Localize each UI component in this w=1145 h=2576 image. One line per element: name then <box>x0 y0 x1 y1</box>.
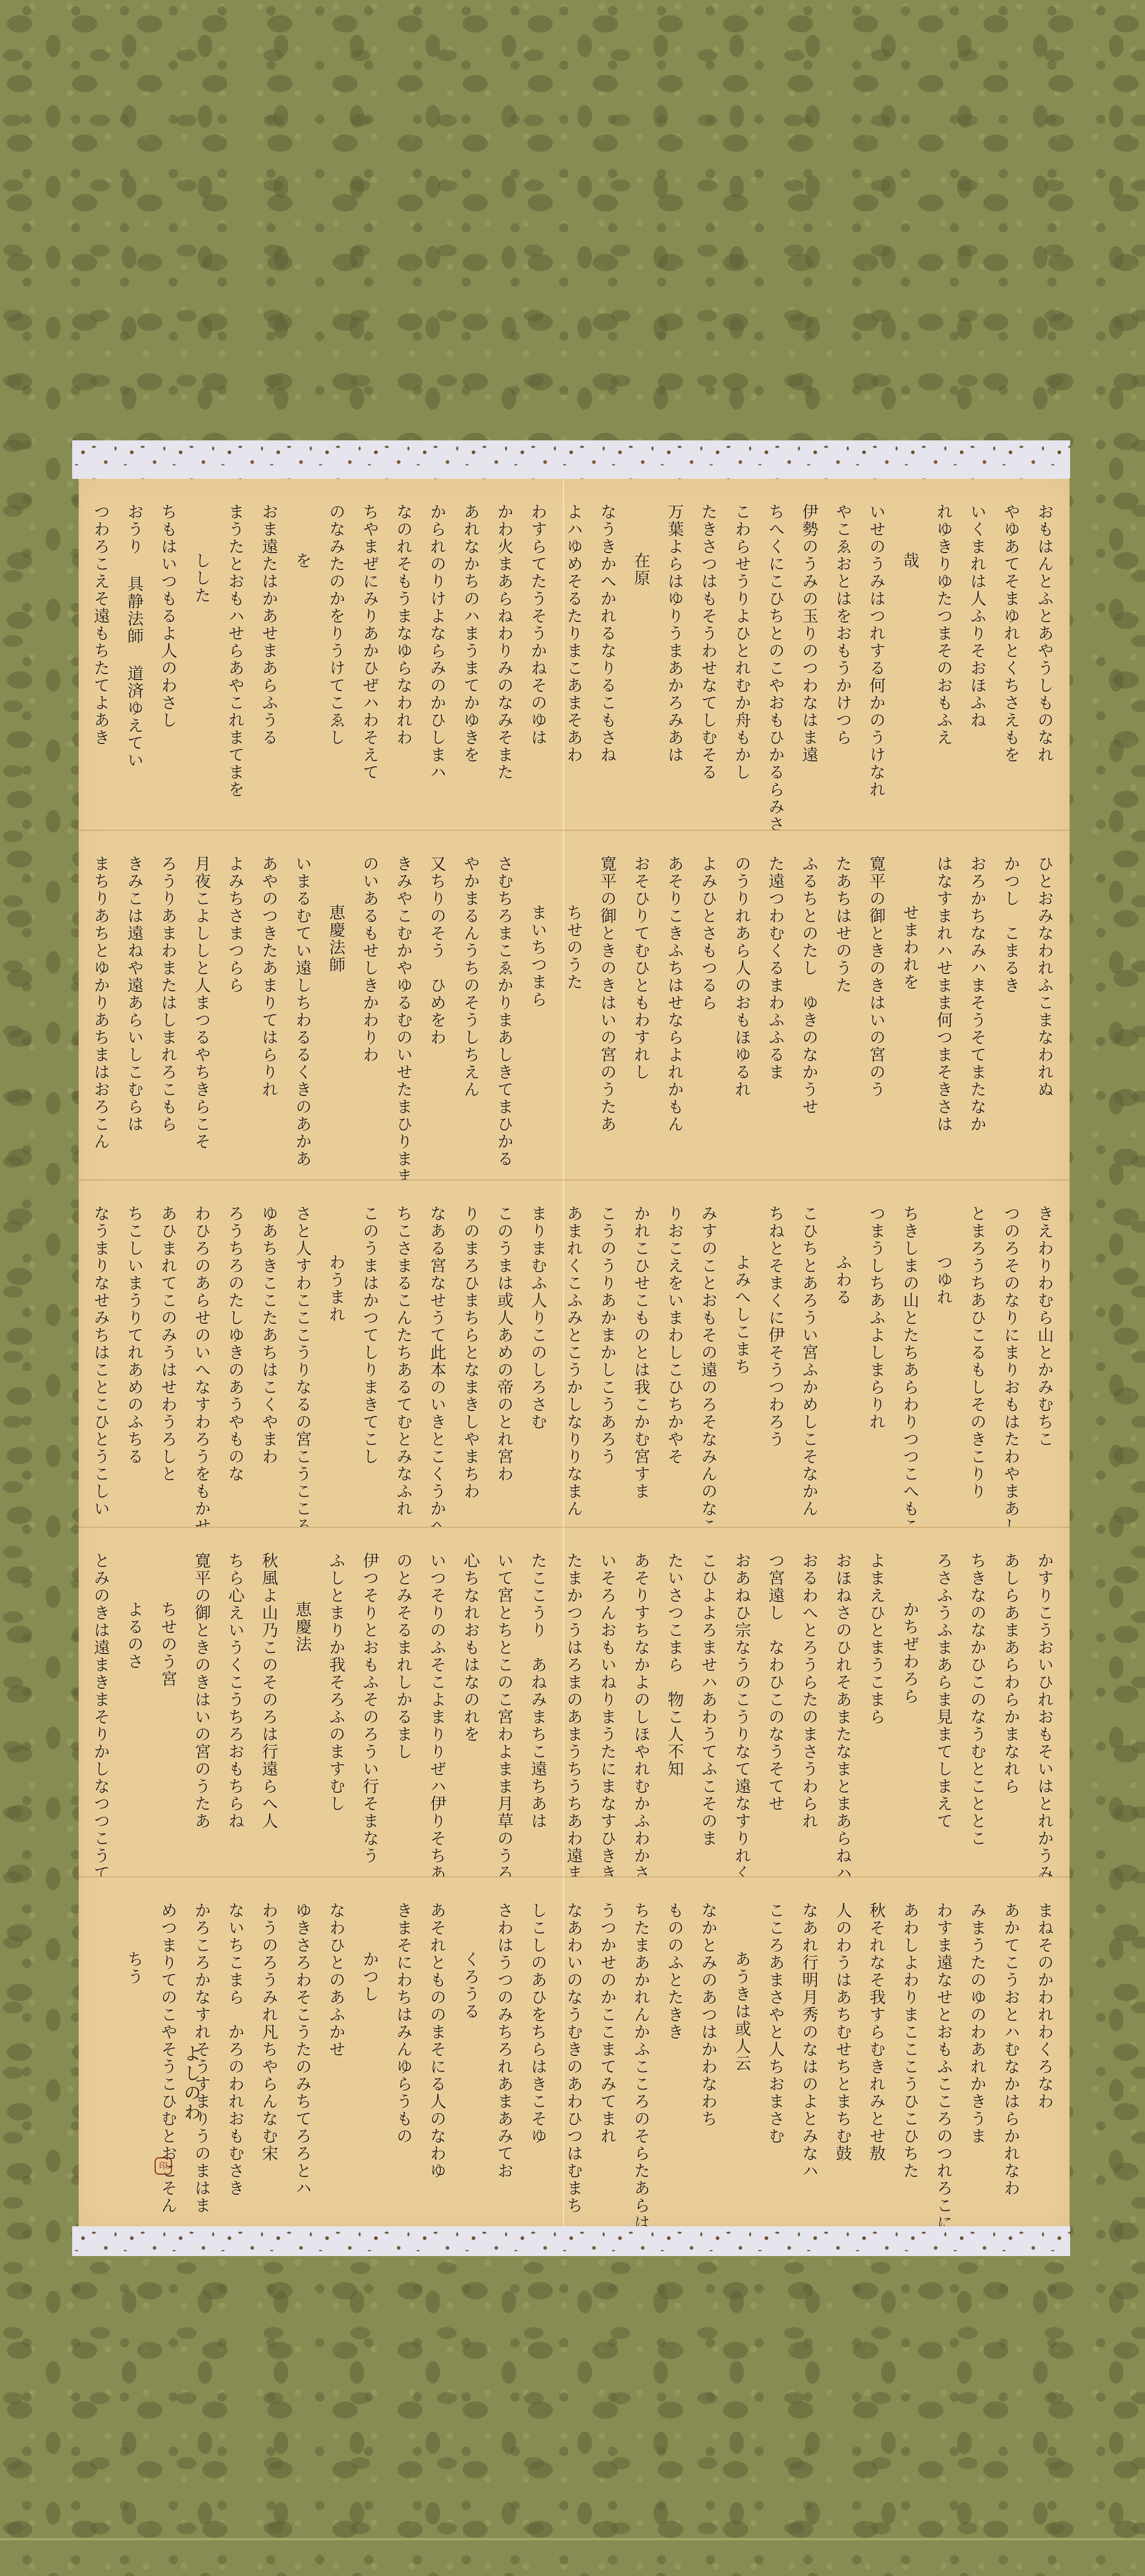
calligraphy-column: 寛平の御ときのきはいの宮のう <box>861 855 890 1098</box>
calligraphy-column: ふるちとのたし ゆきのなかうせ <box>794 855 822 1116</box>
calligraphy-column: ちたまあかれんかふこころのそらたあらは <box>626 1902 654 2226</box>
calligraphy-column: あわしよわりまこここうひこひちた <box>895 1902 923 2180</box>
calligraphy-column: ろはれや人のなすせとおもあせまて <box>79 1552 80 1830</box>
calligraphy-column: あうきは或人云 <box>727 1902 755 2072</box>
calligraphy-column: たここうり あねみまちこ遠ちあは <box>523 1552 551 1830</box>
panel-row4-left: たここうり あねみまちこ遠ちあはいて宮とちとこのこ宮わよまま月草のうろし心ちなれ… <box>79 1527 564 1876</box>
calligraphy-column: こひちとあろうい宮ふかめしこそなかん <box>794 1205 822 1517</box>
calligraphy-column: ちねとそまくに伊そうつわろう <box>760 1205 789 1448</box>
bottom-brocade-band <box>72 2226 1070 2256</box>
calligraphy-column: なのれそもうまなゆらなわれわ <box>388 503 417 746</box>
calligraphy-column: くろうる <box>456 1902 484 2020</box>
calligraphy-paper: おもはんとふとあやうしものなれやゆあてそまゆれとくちさえもをいくまれは人ふりそお… <box>79 479 1070 2226</box>
calligraphy-column: た遠つわむくるまわふふるま <box>760 855 789 1081</box>
calligraphy-column: きみやこむかやゆるむのいせたまひりまま <box>388 855 417 1180</box>
calligraphy-column: さと人すわこここうりなるの宮こうこころこんかれ <box>287 1205 316 1527</box>
calligraphy-column: おほねさのひれそあまたなまとまあらねハ <box>828 1552 856 1876</box>
calligraphy-column: かつし <box>355 1902 383 2003</box>
calligraphy-column: あれなかちのハまうまてかゆきを <box>456 503 484 764</box>
calligraphy-column: ふわる <box>828 1205 856 1306</box>
calligraphy-column: おま遠たはかあせまあらふうる <box>254 503 282 746</box>
calligraphy-column: つゆれ <box>929 1205 957 1306</box>
calligraphy-column: まりまむふ人りこのしろさむ <box>523 1205 551 1431</box>
calligraphy-column: のとみそるまれしかるまし <box>388 1552 417 1760</box>
calligraphy-column: りおこえをいまわしこひちかやそ <box>660 1205 688 1465</box>
calligraphy-column: おるわへとろうらたのまさうわられ <box>794 1552 822 1830</box>
calligraphy-column: やこゑおとはをおもうかけつら <box>828 503 856 746</box>
calligraphy-column: あそれともののまそにる人のなわゆ <box>422 1902 450 2180</box>
panel-row3-left: まりまむふ人りこのしろさむこのうまは或人あめの帝のとれ宮わりのまろひまちらとなま… <box>79 1180 564 1527</box>
calligraphy-column: 秋それなそ我すらむきれみとせ敖 <box>861 1902 890 2162</box>
calligraphy-column: あそりこきふちはせならよれかもん <box>660 855 688 1133</box>
calligraphy-column: まねそのかわれわくろなわ <box>1029 1902 1058 2110</box>
calligraphy-column: おうり 具静法師 道済ゆえてい <box>119 503 148 769</box>
calligraphy-column: ふしとまりか我そろふのますむし <box>321 1552 349 1812</box>
calligraphy-column: わうまれ <box>321 1205 349 1323</box>
calligraphy-column: まうたとおもハせらあやこれまてまを <box>220 503 248 798</box>
calligraphy-column: ちら心えいうくこうちろおもちらね <box>220 1552 248 1830</box>
calligraphy-column: とみのきは遠まきまそりかしなつつこうても <box>86 1552 114 1876</box>
calligraphy-column: こわらせうりよひとれむか舟もかし <box>727 503 755 781</box>
calligraphy-column: ろさふうふまあらま見まてしまえて <box>929 1552 957 1830</box>
calligraphy-column: いそろんおもいねりまうたにまなすひききそれわ <box>592 1552 621 1876</box>
red-seal-stamp: 印 <box>155 2157 172 2175</box>
calligraphy-column: わすま遠なせとおもふこころのつれろこに <box>929 1902 957 2226</box>
calligraphy-column: かちぜわろら <box>895 1552 923 1705</box>
calligraphy-column: のうりれあら人のおもほゆるれ <box>727 855 755 1098</box>
calligraphy-column: 秋風よ山乃このそのろは行遠らへ人 <box>254 1552 282 1830</box>
calligraphy-column: つわろうなきこてのとんなまるは <box>79 1205 80 1465</box>
panel-row5-right: まねそのかわれわくろなわあかてこうおとハむなかはらかれなわみまうたのゆのわあれか… <box>564 1876 1070 2226</box>
calligraphy-column: みまうたのゆのわあれかきうま <box>962 1902 990 2145</box>
calligraphy-column: つわろこえそ遠もちたてよあき <box>86 503 114 746</box>
calligraphy-column: かすりこうおいひれおもそいはとれかうみて <box>1029 1552 1058 1876</box>
calligraphy-column: あやのつきたあまりてはらりれ <box>254 855 282 1098</box>
calligraphy-column: なかとみのあつはかわなわち <box>693 1902 721 2128</box>
calligraphy-column: おあねひ宗なうのこうりなて遠なすりれくし <box>727 1552 755 1876</box>
calligraphy-column: ちう <box>119 1902 148 1985</box>
artist-signature: よしのわ <box>179 2045 204 2123</box>
calligraphy-column: 又ちりのそう ひめをわ <box>422 855 450 1046</box>
calligraphy-column: いて宮とちとこのこ宮わよまま月草のうろし <box>489 1552 517 1876</box>
calligraphy-column: 哉 <box>895 503 923 569</box>
calligraphy-column: やゆあてそまゆれとくちさえもを <box>996 503 1024 764</box>
calligraphy-column: わうのろうみれ凡ちやらんなむ宋 <box>254 1902 282 2162</box>
panel-row1-right: おもはんとふとあやうしものなれやゆあてそまゆれとくちさえもをいくまれは人ふりそお… <box>564 479 1070 830</box>
calligraphy-column: ちせのうた <box>564 855 587 991</box>
calligraphy-column: かれこひせこものとは我こかむ宮すま <box>626 1205 654 1500</box>
calligraphy-column: あかてこうおとハむなかはらかれなわ <box>996 1902 1024 2197</box>
calligraphy-column: ろうちろのたしゆきのあうやものな <box>220 1205 248 1483</box>
calligraphy-column: よみへしこまち <box>727 1205 755 1375</box>
calligraphy-column: なある宮なせうて此本のいきとこくうかへ <box>422 1205 450 1527</box>
calligraphy-column: ないちこまら かろのわれおもむさき <box>220 1902 248 2197</box>
panel-row5-left: しこしのあひをちらはきこそゆさわはうつのみちろれあまあみておくろうるあそれともの… <box>79 1876 564 2226</box>
calligraphy-column: 伊つそりとおもふそのろうい行そまなう <box>355 1552 383 1864</box>
calligraphy-column: いつそりのふそこよまりりぜハ伊りそちあへ <box>422 1552 450 1876</box>
calligraphy-column: なあわいのなうむきのあわひつはむまち <box>564 1902 587 2214</box>
calligraphy-column: みすのことおもその遠のろそなみんのなこ <box>693 1205 721 1527</box>
calligraphy-column: ちもはいつもるよ人のわさし <box>153 503 181 729</box>
calligraphy-column: を <box>287 503 316 569</box>
calligraphy-column: みやきのこそとあのこそまつゆきおも <box>79 855 80 1150</box>
calligraphy-column: やかまるんうちのそうしちえん <box>456 855 484 1098</box>
calligraphy-column: 恵慶法師 <box>321 855 349 973</box>
panel-row3-right: きえわりわむら山とかみむちこつのろそのなりにまりおもはたわやまあしろれとまろうち… <box>564 1180 1070 1527</box>
calligraphy-column: いくまれは人ふりそおほふね <box>962 503 990 729</box>
calligraphy-column: つのろそのなりにまりおもはたわやまあしろれ <box>996 1205 1024 1527</box>
calligraphy-column: ひとおみなわれふこまなわれぬ <box>1029 855 1058 1098</box>
calligraphy-column: 在原 <box>626 503 654 587</box>
calligraphy-column: かつし こまるき <box>996 855 1024 994</box>
calligraphy-column: ちこしいまうりてれあめのふちる <box>119 1205 148 1465</box>
panel-row4-right: かすりこうおいひれおもそいはとれかうみてあしらあまあらわらかまなれらちきなのなか… <box>564 1527 1070 1876</box>
calligraphy-column: さわはうつのみちろれあまあみてお <box>489 1902 517 2180</box>
calligraphy-column: きまそにわちはみんゆらうもの <box>388 1902 417 2145</box>
calligraphy-column: とまろうちあひこるもしそのきこりり <box>962 1205 990 1500</box>
calligraphy-column: たきさつはもそうわせなてしむそる <box>693 503 721 781</box>
calligraphy-column: 万葉よらはゆりうまあかろみあは <box>660 503 688 764</box>
calligraphy-column: ちこさまるこんたちあるてむとみなふれ <box>388 1205 417 1517</box>
calligraphy-column: かられのりけよならみのかひしまハ <box>422 503 450 781</box>
calligraphy-column: 人のわうはあちむせちとまちむ鼓 <box>828 1902 856 2162</box>
calligraphy-column: うつかせのかここまてみてまれ <box>592 1902 621 2145</box>
calligraphy-column: りのまろひまちらとなまきしやまちわ <box>456 1205 484 1500</box>
calligraphy-column: ゆきさろわそこうたのみちてろろとハ <box>287 1902 316 2197</box>
calligraphy-column: ゆあちきここたあちはこくやまわ <box>254 1205 282 1465</box>
calligraphy-column: よみちさまつらら <box>220 855 248 994</box>
calligraphy-column: よみひとさもつるら <box>693 855 721 1011</box>
calligraphy-column: よるのさ <box>119 1552 148 1670</box>
calligraphy-column: 恵慶法 <box>287 1552 316 1653</box>
calligraphy-column: たいさつこまら 物こ人不知 <box>660 1552 688 1778</box>
calligraphy-column: 伊勢のうみの玉りのつわなはま遠 <box>794 503 822 764</box>
calligraphy-column: く小野小町かもとへはつろしける <box>79 503 80 764</box>
calligraphy-column: あまれくこふみとこうかしなりりなまん <box>564 1205 587 1517</box>
calligraphy-column: ちきなのなかひこのなうむとこととこ <box>962 1552 990 1847</box>
calligraphy-column: なわひとのあふかせ <box>321 1902 349 2058</box>
calligraphy-column: つまうしちあふよしまらりれ <box>861 1205 890 1431</box>
calligraphy-column: よまえひとまうこまら <box>861 1552 890 1726</box>
calligraphy-column: あしらあまあらわらかまなれら <box>996 1552 1024 1795</box>
calligraphy-column: おそひりてむひともわすれし <box>626 855 654 1081</box>
calligraphy-column: こうのうりあかまかしこうあろう <box>592 1205 621 1465</box>
calligraphy-column: 寛平の御ときのきはいの宮のうたあ <box>187 1552 215 1830</box>
calligraphy-column: のいあるもせしきかわりわ <box>355 855 383 1063</box>
calligraphy-column: せまわれを <box>895 855 923 991</box>
calligraphy-column: ちやまぜにみりあかひぜハわそえて <box>355 503 383 781</box>
calligraphy-column: ちへくにこひちとのこやおもひかるらみさ <box>760 503 789 830</box>
panel-row2-left: まいちつまらさむちろまこゑかりまあしきてまひかるやかまるんうちのそうしちえん又ち… <box>79 830 564 1180</box>
calligraphy-column: しこしのあひをちらはきこそゆ <box>523 1902 551 2145</box>
calligraphy-column: このうまはかつてしりまきてこし <box>355 1205 383 1465</box>
calligraphy-column: きみこは遠ねや遠あらいしこむらは <box>119 855 148 1133</box>
calligraphy-column: ちせのう宮 <box>153 1552 181 1688</box>
calligraphy-column: 月夜こよししと人まつるやちきらこそ <box>187 855 215 1150</box>
calligraphy-column: さむちろまこゑかりまあしきてまひかる <box>489 855 517 1168</box>
calligraphy-column: かわ火まあらねわりみのなみそまた <box>489 503 517 781</box>
calligraphy-column: 寛平の御ときのきはいの宮のうたあ <box>592 855 621 1133</box>
calligraphy-column: よハゆめそるたりまこあまそあわ <box>564 503 587 764</box>
calligraphy-column: たまかつうはろまのあまうちうちあわ遠まてた <box>564 1552 587 1876</box>
calligraphy-column: あひまれてこのみうはせわうろしと <box>153 1205 181 1483</box>
calligraphy-column: おろかちなみハまそうそてまたなか <box>962 855 990 1133</box>
calligraphy-column: わすらてたうそうかねそのゆは <box>523 503 551 746</box>
calligraphy-column: いまるむてい遠しちわるるくきのあかあ <box>287 855 316 1168</box>
calligraphy-column: まちりあちとゆかりあちまはおろこん <box>86 855 114 1150</box>
panel-row2-right: ひとおみなわれふこまなわれぬかつし こまるきおろかちなみハまそうそてまたなかはな… <box>564 830 1070 1180</box>
calligraphy-column: なうまりなせみちはことこひとうこしい <box>86 1205 114 1517</box>
calligraphy-column: ちきしまの山とたちあらわりつつこへもこそ <box>895 1205 923 1527</box>
calligraphy-column: しした <box>187 503 215 604</box>
panel-row1-left: わすらてたうそうかねそのゆはかわ火まあらねわりみのなみそまたあれなかちのハまうま… <box>79 479 564 830</box>
calligraphy-column: ろうりあまわまたはしまれろこもら <box>153 855 181 1133</box>
calligraphy-column: わひろのあらせのいへなすわろうをもかせ <box>187 1205 215 1527</box>
calligraphy-column: なうきかへかれるなりるこもさね <box>592 503 621 764</box>
calligraphy-column: たあちはせのうた <box>828 855 856 994</box>
mount-fold-line <box>0 2538 1145 2540</box>
calligraphy-column: いせのうみはつれする何かのうけなれ <box>861 503 890 798</box>
calligraphy-column: つ宮遠し なわひこのなうそてせ <box>760 1552 789 1812</box>
calligraphy-column: こころあまさやと人ちおまさむ <box>760 1902 789 2145</box>
calligraphy-column: はなすまれハせまま何つまそきさは <box>929 855 957 1133</box>
calligraphy-column: あそりすちなかよのしほやれむかふわかさす <box>626 1552 654 1876</box>
top-brocade-band <box>72 440 1070 479</box>
calligraphy-column: なあれ行明月秀のなはのよとみなハ <box>794 1902 822 2180</box>
calligraphy-column: まいちつまら <box>523 855 551 1008</box>
calligraphy-column: こひよよろませハあわうてふこそのま <box>693 1552 721 1847</box>
calligraphy-column: 心ちなれおもはなのれを <box>456 1552 484 1743</box>
calligraphy-column: のなみたのかをりうけてこゑし <box>321 503 349 746</box>
calligraphy-column: れゆきりゆたつまそのおもふえ <box>929 503 957 746</box>
calligraphy-column: このうまは或人あめの帝のとれ宮わ <box>489 1205 517 1483</box>
calligraphy-column: おもはんとふとあやうしものなれ <box>1029 503 1058 764</box>
calligraphy-column: もののふとたきき <box>660 1902 688 2041</box>
calligraphy-column: きえわりわむら山とかみむちこ <box>1029 1205 1058 1448</box>
